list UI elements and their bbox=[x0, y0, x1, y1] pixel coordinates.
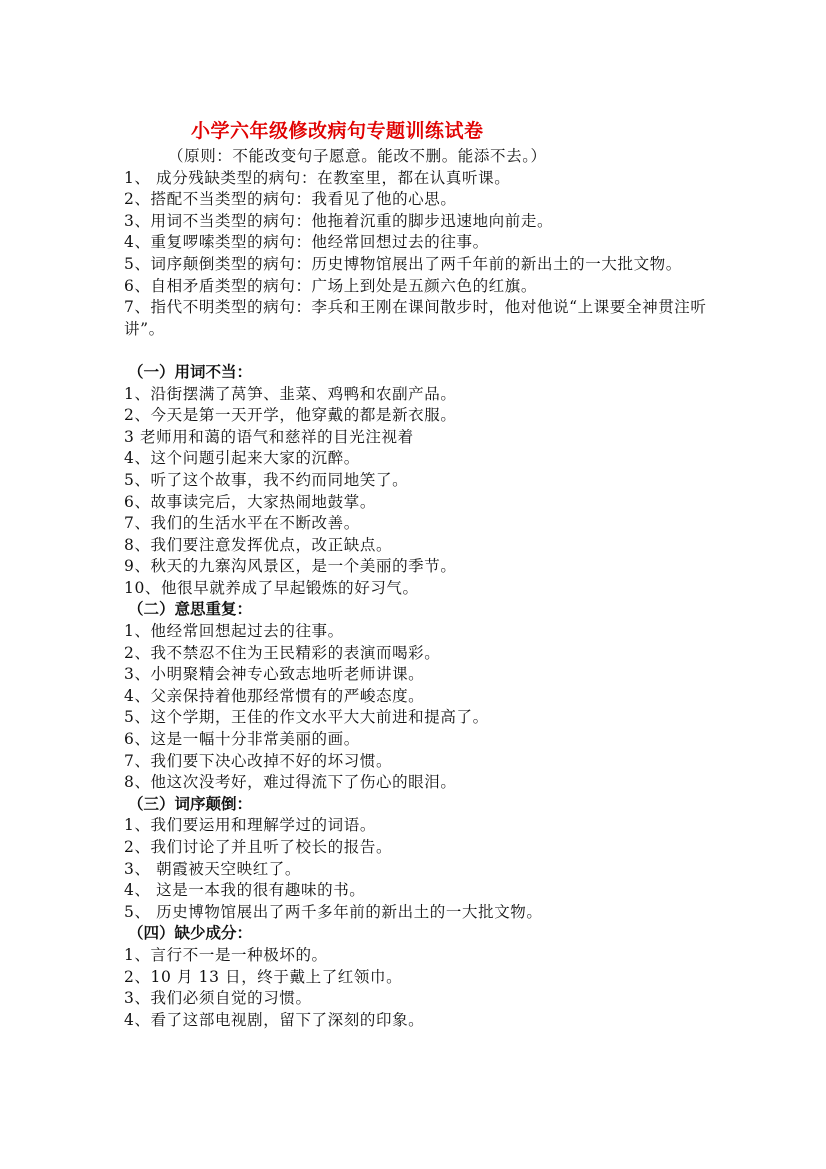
exercise-item: 4、 这是一本我的很有趣味的书。 bbox=[124, 880, 709, 902]
exercise-item: 5、 历史博物馆展出了两千多年前的新出土的一大批文物。 bbox=[124, 902, 709, 924]
exercise-item: 4、父亲保持着他那经常惯有的严峻态度。 bbox=[124, 686, 709, 708]
exercise-item: 2、我们讨论了并且听了校长的报告。 bbox=[124, 837, 709, 859]
type-item: 4、重复啰嗦类型的病句：他经常回想过去的往事。 bbox=[124, 232, 709, 254]
principle-note: （原则：不能改变句子愿意。能改不删。能添不去。） bbox=[124, 146, 709, 168]
exercise-item: 3、 朝霞被天空映红了。 bbox=[124, 859, 709, 881]
section-heading: （三）词序颠倒： bbox=[124, 794, 709, 816]
type-item: 1、 成分残缺类型的病句：在教室里，都在认真听课。 bbox=[124, 168, 709, 190]
exercise-item: 5、听了这个故事，我不约而同地笑了。 bbox=[124, 470, 709, 492]
document-title: 小学六年级修改病句专题训练试卷 bbox=[191, 116, 709, 146]
exercise-item: 6、这是一幅十分非常美丽的画。 bbox=[124, 729, 709, 751]
section-heading: （二）意思重复： bbox=[124, 599, 709, 621]
type-item: 5、词序颠倒类型的病句：历史博物馆展出了两千年前的新出土的一大批文物。 bbox=[124, 254, 709, 276]
type-item: 2、搭配不当类型的病句：我看见了他的心思。 bbox=[124, 189, 709, 211]
type-item: 7、指代不明类型的病句：李兵和王刚在课间散步时，他对他说“上课要全神贯注听讲”。 bbox=[124, 297, 709, 340]
exercise-item: 4、这个问题引起来大家的沉醉。 bbox=[124, 448, 709, 470]
exercise-item: 4、看了这部电视剧，留下了深刻的印象。 bbox=[124, 1010, 709, 1032]
exercise-item: 7、我们的生活水平在不断改善。 bbox=[124, 513, 709, 535]
exercise-item: 8、他这次没考好，难过得流下了伤心的眼泪。 bbox=[124, 772, 709, 794]
section-heading: （四）缺少成分： bbox=[124, 923, 709, 945]
exercise-item: 3 老师用和蔼的语气和慈祥的目光注视着 bbox=[124, 427, 709, 449]
exercise-item: 5、这个学期，王佳的作文水平大大前进和提高了。 bbox=[124, 707, 709, 729]
type-item: 6、自相矛盾类型的病句：广场上到处是五颜六色的红旗。 bbox=[124, 276, 709, 298]
exercise-item: 7、我们要下决心改掉不好的坏习惯。 bbox=[124, 751, 709, 773]
exercise-item: 2、10 月 13 日，终于戴上了红领巾。 bbox=[124, 967, 709, 989]
sentence-types-list: 1、 成分残缺类型的病句：在教室里，都在认真听课。 2、搭配不当类型的病句：我看… bbox=[124, 168, 709, 341]
exercise-item: 1、言行不一是一种极坏的。 bbox=[124, 945, 709, 967]
section-heading: （一）用词不当： bbox=[124, 362, 709, 384]
document-page: 小学六年级修改病句专题训练试卷 （原则：不能改变句子愿意。能改不删。能添不去。）… bbox=[124, 116, 709, 1031]
exercise-item: 10、他很早就养成了早起锻炼的好习气。 bbox=[124, 578, 709, 600]
exercise-item: 3、小明聚精会神专心致志地听老师讲课。 bbox=[124, 664, 709, 686]
type-item: 3、用词不当类型的病句：他拖着沉重的脚步迅速地向前走。 bbox=[124, 211, 709, 233]
exercise-item: 6、故事读完后，大家热闹地鼓掌。 bbox=[124, 492, 709, 514]
exercise-item: 2、我不禁忍不住为王民精彩的表演而喝彩。 bbox=[124, 643, 709, 665]
exercise-item: 3、我们必须自觉的习惯。 bbox=[124, 988, 709, 1010]
exercise-item: 1、我们要运用和理解学过的词语。 bbox=[124, 815, 709, 837]
spacer bbox=[124, 340, 709, 362]
section-missing-component: （四）缺少成分： 1、言行不一是一种极坏的。 2、10 月 13 日，终于戴上了… bbox=[124, 923, 709, 1031]
exercise-item: 9、秋天的九寨沟风景区，是一个美丽的季节。 bbox=[124, 556, 709, 578]
exercise-item: 8、我们要注意发挥优点，改正缺点。 bbox=[124, 535, 709, 557]
section-word-usage: （一）用词不当： 1、沿街摆满了莴笋、韭菜、鸡鸭和农副产品。 2、今天是第一天开… bbox=[124, 362, 709, 600]
exercise-item: 2、今天是第一天开学，他穿戴的都是新衣服。 bbox=[124, 405, 709, 427]
section-repetition: （二）意思重复： 1、他经常回想起过去的往事。 2、我不禁忍不住为王民精彩的表演… bbox=[124, 599, 709, 793]
exercise-item: 1、沿街摆满了莴笋、韭菜、鸡鸭和农副产品。 bbox=[124, 384, 709, 406]
section-word-order: （三）词序颠倒： 1、我们要运用和理解学过的词语。 2、我们讨论了并且听了校长的… bbox=[124, 794, 709, 924]
exercise-item: 1、他经常回想起过去的往事。 bbox=[124, 621, 709, 643]
